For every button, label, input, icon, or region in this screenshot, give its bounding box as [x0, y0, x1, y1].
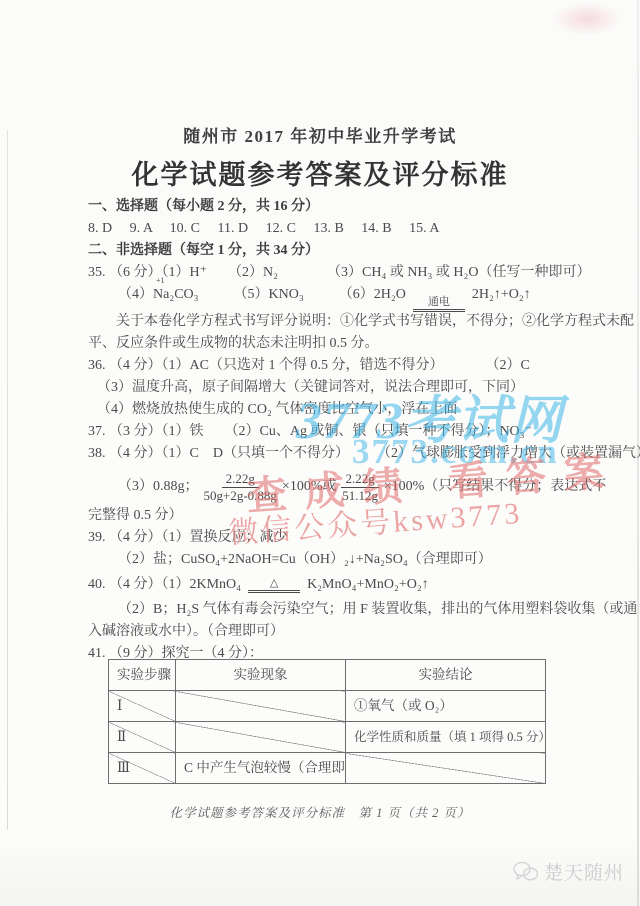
na2co3-formula: +1Na: [153, 284, 169, 306]
q35-line2: （4）+1Na₂CO₃ （5）KNO₃ （6）2H₂O通电2H₂↑+O₂↑: [88, 284, 550, 311]
electrolysis-condition: 通电: [413, 297, 465, 312]
step-cell: Ⅱ: [109, 722, 176, 753]
exam-title: 随州市 2017 年初中毕业升学考试: [0, 122, 640, 147]
equation-line: [248, 590, 300, 593]
fraction-1-numerator: 2.22g: [222, 471, 259, 488]
q36-line1: 36. （4 分）（1）AC（只选对 1 个得 0.5 分，错选不得分） （2）…: [88, 355, 550, 377]
page-title: 化学试题参考答案及评分标准: [0, 153, 640, 192]
q35-mid-text: （5）KNO₃ （6）2H₂O: [199, 287, 406, 302]
q38-tail-text: ×100%（只写结果不得分；表达式不: [384, 476, 607, 498]
table-row: Ⅲ C 中产生气泡较慢（合理即可）: [109, 753, 546, 784]
valence-mark: +1: [156, 277, 165, 285]
step-cell: Ⅰ: [109, 691, 176, 722]
answer-body: 一、选择题（每小题 2 分，共 16 分） 8. D 9. A 10. C 11…: [88, 196, 550, 784]
delta-condition: △: [248, 578, 300, 593]
q37-line1: 37. （3 分）（1）铁 （2）Cu、Ag 或铜、银（只填一种不得分）；NO₃…: [88, 421, 550, 443]
section1-heading: 一、选择题（每小题 2 分，共 16 分）: [88, 196, 550, 218]
diagonal-slash-cell: [176, 691, 346, 722]
scan-edge-left: [7, 130, 8, 830]
grading-note-line2: 平、反应条件或生成物的状态未注明扣 0.5 分。: [88, 333, 550, 355]
brand-text: 楚天随州: [544, 858, 624, 885]
experiment-table-wrap: 实验步骤 实验现象 实验结论 Ⅰ ①氧气（或 O₂） Ⅱ 化学性质和质量（填 1…: [108, 659, 550, 784]
section1-answers: 8. D 9. A 10. C 11. D 12. C 13. B 14. B …: [88, 218, 550, 240]
q36-line2: （3）温度升高，原子间隔增大（关键词答对，说法合理即可，下同）: [88, 377, 550, 399]
q38-or-text: ×100%或: [282, 476, 337, 498]
q39-line1: 39. （4 分）（1）置换反应；减少: [88, 527, 550, 549]
q38-wrap-line: 完整得 0.5 分）: [88, 505, 550, 527]
conclusion-cell: ①氧气（或 O₂）: [346, 691, 546, 722]
q36-line3: （4）燃烧放热使生成的 CO₂ 气体密度比空气小，浮在上面: [88, 399, 550, 421]
conclusion-cell: 化学性质和质量（填 1 项得 0.5 分）: [346, 722, 546, 753]
q38-p3-label: （3）0.88g；: [118, 476, 199, 498]
q40-equation-line: 40. （4 分）（1）2KMnO₄△K₂MnO₄+MnO₂+O₂↑: [88, 571, 550, 599]
q35-p4-label: （4）: [118, 287, 153, 302]
fraction-2-numerator: 2.22g: [341, 471, 378, 488]
delta-symbol: △: [270, 578, 278, 589]
q40-line3: 入碱溶液或水中）。（合理即可）: [88, 621, 550, 643]
fraction-2: 2.22g51.12g: [341, 471, 378, 504]
fraction-2-denominator: 51.12g: [342, 488, 378, 504]
document-header: 随州市 2017 年初中毕业升学考试 化学试题参考答案及评分标准: [0, 122, 640, 192]
page-footer: 化学试题参考答案及评分标准 第 1 页（共 2 页）: [0, 803, 640, 821]
phenomenon-cell: C 中产生气泡较慢（合理即可）: [176, 753, 346, 784]
fraction-1: 2.22g50g+2g-0.88g: [204, 471, 277, 504]
condition-text: 通电: [428, 297, 450, 308]
brand-watermark: 楚天随州: [513, 858, 624, 885]
na2co3-rest: ₂CO₃: [169, 287, 198, 302]
q40-products: K₂MnO₄+MnO₂+O₂↑: [307, 574, 429, 596]
q40-lead: 40. （4 分）（1）2KMnO₄: [88, 574, 241, 596]
wechat-icon: [513, 861, 539, 883]
na-symbol: Na: [153, 287, 169, 302]
q40-line2: （2）B；H₂S 气体有毒会污染空气；用 F 装置收集，排出的气体用塑料袋收集（…: [88, 599, 550, 621]
table-row: Ⅰ ①氧气（或 O₂）: [109, 691, 546, 722]
col-header-step: 实验步骤: [109, 660, 176, 691]
section2-heading: 二、非选择题（每空 1 分，共 34 分）: [88, 240, 550, 262]
diagonal-slash-cell: [346, 753, 546, 784]
q38-line1: 38. （4 分）（1）C D（只填一个不得分） （2）气球膨胀受到浮力增大（或…: [88, 443, 550, 465]
col-header-conclusion: 实验结论: [346, 660, 546, 691]
table-row: Ⅱ 化学性质和质量（填 1 项得 0.5 分）: [109, 722, 546, 753]
grading-note-line1: 关于本卷化学方程式书写评分说明：①化学式书写错误，不得分；②化学方程式未配: [88, 311, 550, 333]
pink-smudge-artifact: [552, 2, 622, 36]
diagonal-slash-cell: [176, 722, 346, 753]
q39-line2: （2）盐；CuSO₄+2NaOH=Cu（OH）₂↓+Na₂SO₄（合理即可）: [88, 549, 550, 571]
step-cell: Ⅲ: [109, 753, 176, 784]
scanned-page: 随州市 2017 年初中毕业升学考试 化学试题参考答案及评分标准 一、选择题（每…: [0, 0, 640, 906]
q38-fraction-line: （3）0.88g； 2.22g50g+2g-0.88g ×100%或 2.22g…: [88, 469, 550, 505]
experiment-table: 实验步骤 实验现象 实验结论 Ⅰ ①氧气（或 O₂） Ⅱ 化学性质和质量（填 1…: [108, 659, 546, 784]
q35-products: 2H₂↑+O₂↑: [472, 287, 531, 302]
fraction-1-denominator: 50g+2g-0.88g: [204, 488, 277, 504]
